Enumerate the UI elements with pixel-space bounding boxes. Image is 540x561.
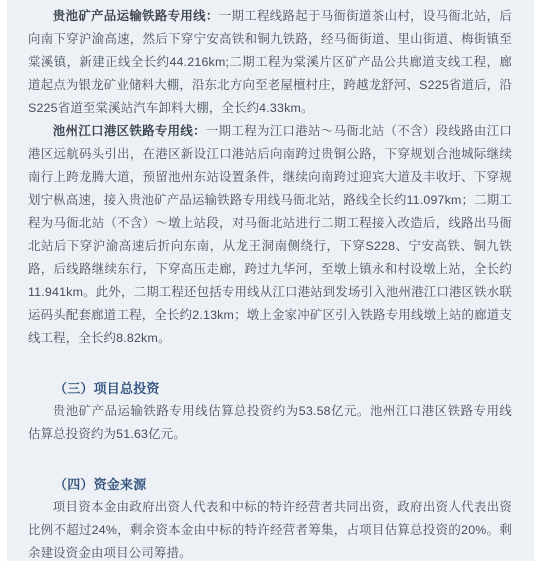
section-heading: （三）项目总投资 bbox=[28, 377, 512, 400]
paragraph-lead: 贵池矿产品运输铁路专用线： bbox=[53, 9, 219, 23]
paragraph-lead: 池州江口港区铁路专用线： bbox=[53, 124, 206, 138]
paragraph-text: 一期工程为江口港站～马衙北站（不含）段线路由江口港区远航码头引出，在港区新设江口… bbox=[28, 124, 512, 345]
paragraph: 贵池矿产品运输铁路专用线估算总投资约为53.58亿元。池州江口港区铁路专用线估算… bbox=[28, 400, 512, 446]
section-heading: （四）资金来源 bbox=[28, 473, 512, 496]
paragraph: 贵池矿产品运输铁路专用线：一期工程线路起于马衙街道茶山村，设马衙北站，后向南下穿… bbox=[28, 5, 512, 120]
page: 贵池矿产品运输铁路专用线：一期工程线路起于马衙街道茶山村，设马衙北站，后向南下穿… bbox=[0, 0, 540, 561]
paragraph: 项目资本金由政府出资人代表和中标的特许经营者共同出资，政府出资人代表出资比例不超… bbox=[28, 496, 512, 561]
paragraph: 池州江口港区铁路专用线：一期工程为江口港站～马衙北站（不含）段线路由江口港区远航… bbox=[28, 120, 512, 350]
paragraph-text: 一期工程线路起于马衙街道茶山村，设马衙北站，后向南下穿沪渝高速，然后下穿宁安高铁… bbox=[28, 9, 512, 115]
article-body: 贵池矿产品运输铁路专用线：一期工程线路起于马衙街道茶山村，设马衙北站，后向南下穿… bbox=[7, 0, 534, 561]
